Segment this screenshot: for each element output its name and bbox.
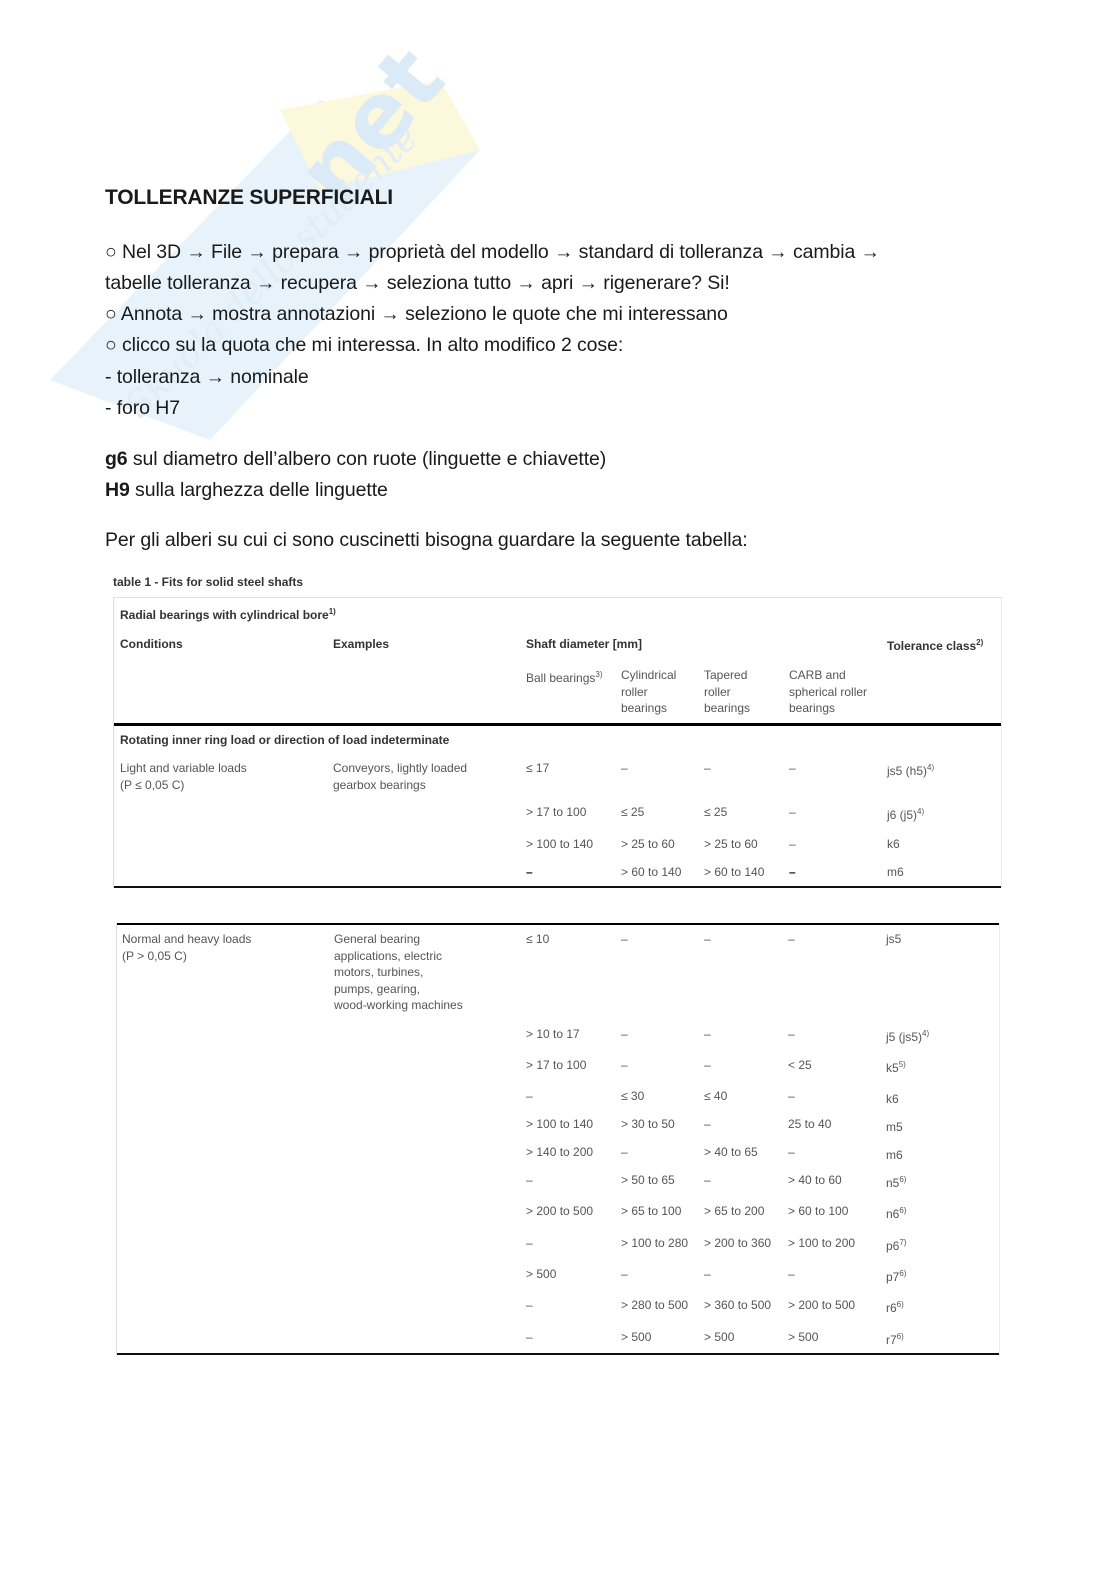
ball-cell: – bbox=[526, 1297, 533, 1314]
tap-cell: > 360 to 500 bbox=[704, 1297, 771, 1314]
tap-cell: > 25 to 60 bbox=[704, 836, 758, 853]
tap-cell: > 40 to 65 bbox=[704, 1144, 758, 1161]
column-header-ball-bearings: Ball bearings3) bbox=[526, 670, 603, 687]
carb-cell: – bbox=[788, 1266, 795, 1283]
tap-cell: > 65 to 200 bbox=[704, 1203, 764, 1220]
tap-cell: – bbox=[704, 1172, 711, 1189]
cyl-cell: > 100 to 280 bbox=[621, 1235, 688, 1252]
carb-cell: – bbox=[789, 864, 796, 881]
paragraph-line: ○ Nel 3D → File → prepara → proprietà de… bbox=[105, 241, 880, 264]
table-caption: table 1 - Fits for solid steel shafts bbox=[113, 575, 303, 589]
tap-cell: ≤ 40 bbox=[704, 1088, 727, 1105]
ball-cell: > 10 to 17 bbox=[526, 1026, 580, 1043]
column-header-conditions: Conditions bbox=[120, 636, 183, 653]
carb-cell: > 500 bbox=[788, 1329, 818, 1346]
example-cell: General bearingapplications, electricmot… bbox=[334, 931, 463, 1014]
carb-cell: 25 to 40 bbox=[788, 1116, 831, 1133]
cyl-cell: – bbox=[621, 1266, 628, 1283]
carb-cell: – bbox=[788, 931, 795, 948]
carb-cell: > 200 to 500 bbox=[788, 1297, 855, 1314]
cyl-cell: > 50 to 65 bbox=[621, 1172, 675, 1189]
fit-code: g6 bbox=[105, 448, 128, 470]
cyl-cell: ≤ 25 bbox=[621, 804, 644, 821]
fit-description: sul diametro dell’albero con ruote (ling… bbox=[128, 448, 607, 470]
fit-description: sulla larghezza delle linguette bbox=[130, 479, 388, 501]
ball-cell: ≤ 10 bbox=[526, 931, 549, 948]
tap-cell: > 200 to 360 bbox=[704, 1235, 771, 1252]
table-intro: Per gli alberi su cui ci sono cuscinetti… bbox=[105, 529, 748, 552]
table-top-border bbox=[117, 923, 999, 925]
carb-cell: > 40 to 60 bbox=[788, 1172, 842, 1189]
table-bottom-border bbox=[117, 1353, 999, 1355]
fit-line-h9: H9 sulla larghezza delle linguette bbox=[105, 479, 388, 502]
header-divider bbox=[114, 723, 1001, 726]
cyl-cell: > 65 to 100 bbox=[621, 1203, 681, 1220]
column-header-carb: CARB andspherical rollerbearings bbox=[789, 667, 867, 717]
cyl-cell: – bbox=[621, 760, 628, 777]
carb-cell: – bbox=[789, 804, 796, 821]
fits-table-part-2: Normal and heavy loads(P > 0,05 C) Gener… bbox=[116, 923, 1000, 1355]
ball-cell: – bbox=[526, 1329, 533, 1346]
document-page: net Skuola dello studente TOLLERANZE SUP… bbox=[0, 0, 1116, 1579]
cyl-cell: > 500 bbox=[621, 1329, 651, 1346]
paragraph-line: - foro H7 bbox=[105, 397, 180, 420]
paragraph-line: - tolleranza → nominale bbox=[105, 366, 309, 389]
tolerance-cell: p67) bbox=[886, 1238, 906, 1255]
cyl-cell: – bbox=[621, 931, 628, 948]
carb-cell: – bbox=[788, 1144, 795, 1161]
cyl-cell: > 30 to 50 bbox=[621, 1116, 675, 1133]
ball-cell: > 17 to 100 bbox=[526, 804, 586, 821]
carb-cell: – bbox=[788, 1026, 795, 1043]
section-title: Rotating inner ring load or direction of… bbox=[120, 732, 449, 749]
cyl-cell: > 25 to 60 bbox=[621, 836, 675, 853]
cyl-cell: > 280 to 500 bbox=[621, 1297, 688, 1314]
tap-cell: – bbox=[704, 1116, 711, 1133]
cyl-cell: > 60 to 140 bbox=[621, 864, 681, 881]
tolerance-cell: k55) bbox=[886, 1060, 906, 1077]
carb-cell: – bbox=[789, 760, 796, 777]
tap-cell: ≤ 25 bbox=[704, 804, 727, 821]
tolerance-cell: n66) bbox=[886, 1206, 906, 1223]
fit-line-g6: g6 sul diametro dell’albero con ruote (l… bbox=[105, 448, 606, 471]
tap-cell: – bbox=[704, 1057, 711, 1074]
ball-cell: – bbox=[526, 864, 533, 881]
tap-cell: – bbox=[704, 1266, 711, 1283]
tolerance-cell: r66) bbox=[886, 1300, 904, 1317]
tap-cell: – bbox=[704, 1026, 711, 1043]
tolerance-cell: p76) bbox=[886, 1269, 906, 1286]
cyl-cell: – bbox=[621, 1057, 628, 1074]
ball-cell: – bbox=[526, 1088, 533, 1105]
tolerance-cell: r76) bbox=[886, 1332, 904, 1349]
carb-cell: – bbox=[788, 1088, 795, 1105]
tap-cell: – bbox=[704, 760, 711, 777]
tolerance-cell: m6 bbox=[886, 1147, 903, 1164]
ball-cell: > 500 bbox=[526, 1266, 556, 1283]
tap-cell: – bbox=[704, 931, 711, 948]
tolerance-cell: js5 (h5)4) bbox=[887, 763, 934, 780]
column-header-tolerance-class: Tolerance class2) bbox=[887, 638, 983, 655]
tolerance-cell: j6 (j5)4) bbox=[887, 807, 924, 824]
table-heading: Radial bearings with cylindrical bore1) bbox=[120, 607, 336, 624]
tap-cell: > 60 to 140 bbox=[704, 864, 764, 881]
carb-cell: – bbox=[789, 836, 796, 853]
example-cell: Conveyors, lightly loadedgearbox bearing… bbox=[333, 760, 467, 793]
ball-cell: > 100 to 140 bbox=[526, 1116, 593, 1133]
tolerance-cell: n56) bbox=[886, 1175, 906, 1192]
paragraph-line: tabelle tolleranza → recupera → selezion… bbox=[105, 272, 730, 295]
paragraph-line: ○ Annota → mostra annotazioni → selezion… bbox=[105, 303, 728, 326]
condition-cell: Normal and heavy loads(P > 0,05 C) bbox=[122, 931, 251, 964]
tolerance-cell: k6 bbox=[887, 836, 900, 853]
ball-cell: ≤ 17 bbox=[526, 760, 549, 777]
column-header-cylindrical: Cylindricalrollerbearings bbox=[621, 667, 676, 717]
carb-cell: > 100 to 200 bbox=[788, 1235, 855, 1252]
ball-cell: > 140 to 200 bbox=[526, 1144, 593, 1161]
column-header-examples: Examples bbox=[333, 636, 389, 653]
cyl-cell: ≤ 30 bbox=[621, 1088, 644, 1105]
paragraph-line: ○ clicco su la quota che mi interessa. I… bbox=[105, 334, 623, 357]
ball-cell: > 17 to 100 bbox=[526, 1057, 586, 1074]
carb-cell: < 25 bbox=[788, 1057, 812, 1074]
tap-cell: > 500 bbox=[704, 1329, 734, 1346]
carb-cell: > 60 to 100 bbox=[788, 1203, 848, 1220]
fit-code: H9 bbox=[105, 479, 130, 501]
column-header-tapered: Taperedrollerbearings bbox=[704, 667, 750, 717]
page-title: TOLLERANZE SUPERFICIALI bbox=[105, 186, 393, 210]
table-bottom-border bbox=[114, 886, 1001, 888]
tolerance-cell: m6 bbox=[887, 864, 904, 881]
cyl-cell: – bbox=[621, 1026, 628, 1043]
ball-cell: > 200 to 500 bbox=[526, 1203, 593, 1220]
ball-cell: – bbox=[526, 1172, 533, 1189]
tolerance-cell: k6 bbox=[886, 1091, 899, 1108]
ball-cell: – bbox=[526, 1235, 533, 1252]
fits-table-part-1: Radial bearings with cylindrical bore1) … bbox=[113, 597, 1002, 888]
condition-cell: Light and variable loads(P ≤ 0,05 C) bbox=[120, 760, 247, 793]
tolerance-cell: m5 bbox=[886, 1119, 903, 1136]
column-header-shaft-diameter: Shaft diameter [mm] bbox=[526, 636, 642, 653]
ball-cell: > 100 to 140 bbox=[526, 836, 593, 853]
tolerance-cell: js5 bbox=[886, 931, 901, 948]
cyl-cell: – bbox=[621, 1144, 628, 1161]
tolerance-cell: j5 (js5)4) bbox=[886, 1029, 929, 1046]
